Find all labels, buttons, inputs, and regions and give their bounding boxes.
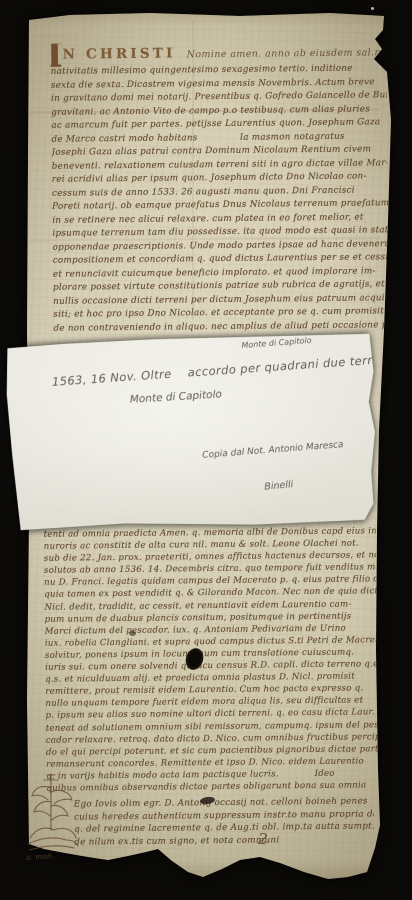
archival-slip: Monte di Capitolo 1563, 16 Nov. Oltre ac…: [3, 332, 380, 535]
flourish-mark: 2: [257, 830, 268, 849]
top-lines: nativitatis millesimo quingentesimo sexa…: [51, 62, 390, 336]
manuscript-line: de nilum ex.tis cum signo, et nota commu…: [74, 833, 374, 849]
slip-center-note: Monte di Capitolo: [129, 388, 222, 405]
manuscript-bottom-text: tenti ad omnia praedicta Amen. q. memori…: [44, 525, 379, 798]
bottom-lines: tenti ad omnia praedicta Amen. q. memori…: [44, 525, 379, 795]
slip-date-note: 1563, 16 Nov. Oltre accordo per quadrani…: [51, 351, 406, 389]
manuscript-line: quibus omnibus observandis dictae partes…: [46, 779, 378, 795]
slip-copy-note: Copia dal Not. Antonio Maresca: [202, 440, 344, 461]
manuscript-top-text: I N CHRISTI Nomine amen. anno ab eiusdem…: [50, 40, 389, 342]
heading-incipit: Nomine amen. anno ab eiusdem sal.ra: [187, 47, 386, 60]
heading-caps: N CHRISTI: [62, 45, 175, 62]
closing-paragraph: Ego Iovis olim egr. D. Antonij occasij n…: [74, 795, 375, 853]
slip-paper: Monte di Capitolo 1563, 16 Nov. Oltre ac…: [3, 332, 380, 535]
photo-background: I N CHRISTI Nomine amen. anno ab eiusdem…: [0, 0, 412, 900]
heading-initial: I: [50, 41, 62, 71]
ink-smudge: [129, 631, 136, 636]
manuscript-heading: I N CHRISTI Nomine amen. anno ab eiusdem…: [62, 40, 386, 65]
closing-lines: Ego Iovis olim egr. D. Antonij occasij n…: [74, 795, 375, 849]
slip-signature-note: Binelli: [264, 479, 294, 493]
notary-signum-drawing: [24, 768, 82, 860]
slip-corner-note: Monte di Capitolo: [241, 336, 312, 350]
